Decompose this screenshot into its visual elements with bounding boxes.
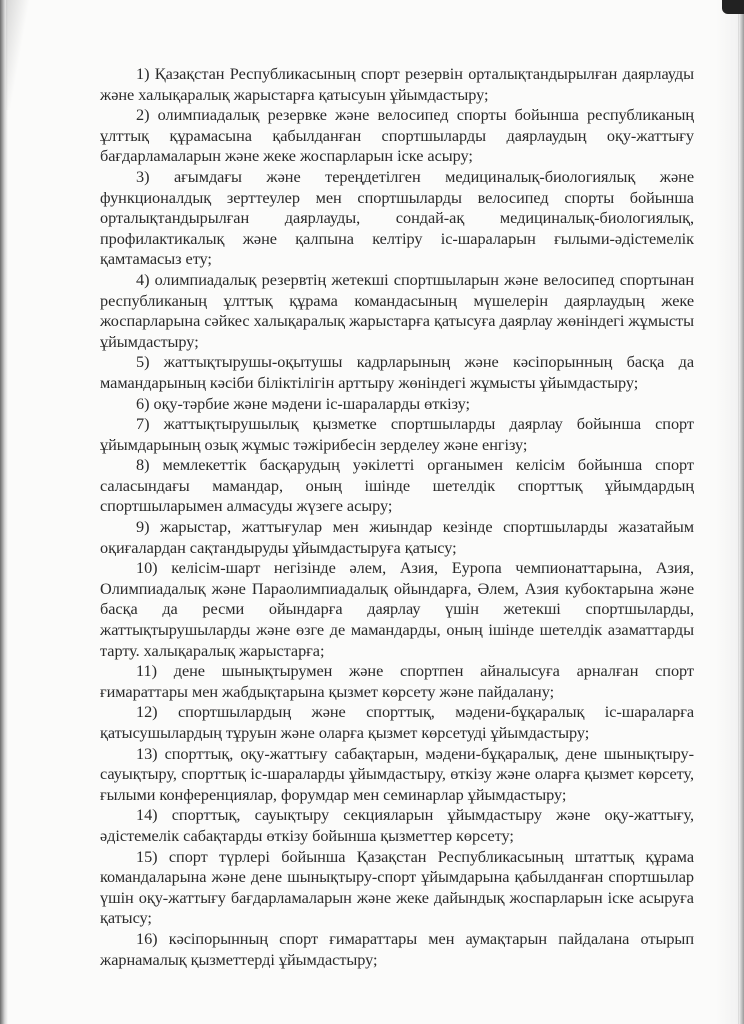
scan-paper-fold xyxy=(6,0,46,110)
list-item-7: 7) жаттықтырушылық қызметке спортшыларды… xyxy=(100,414,694,455)
list-item-8: 8) мемлекеттік басқарудың уәкілетті орга… xyxy=(100,455,694,517)
scan-right-margin-strip xyxy=(716,0,739,1024)
scan-right-edge-shadow xyxy=(739,0,744,1024)
list-item-13: 13) спорттық, оқу-жаттығу сабақтарын, мә… xyxy=(100,744,694,806)
list-item-9: 9) жарыстар, жаттығулар мен жиындар кезі… xyxy=(100,517,694,558)
list-item-6: 6) оқу-тәрбие және мәдени іс-шараларды ө… xyxy=(100,394,694,415)
list-item-3: 3) ағымдағы және тереңдетілген медицинал… xyxy=(100,167,694,270)
list-item-15: 15) спорт түрлері бойынша Қазақстан Респ… xyxy=(100,847,694,929)
list-item-11: 11) дене шынықтырумен және спортпен айна… xyxy=(100,661,694,702)
list-item-5: 5) жаттықтырушы-оқытушы кадрларының және… xyxy=(100,352,694,393)
list-item-16: 16) кәсіпорынның спорт ғимараттары мен а… xyxy=(100,929,694,970)
list-item-1: 1) Қазақстан Республикасының спорт резер… xyxy=(100,64,694,105)
list-item-4: 4) олимпиадалық резервтің жетекші спортш… xyxy=(100,270,694,352)
list-item-2: 2) олимпиадалық резервке және велосипед … xyxy=(100,105,694,167)
list-item-14: 14) спорттық, сауықтыру секцияларын ұйым… xyxy=(100,805,694,846)
list-item-10: 10) келісім-шарт негізінде әлем, Азия, Е… xyxy=(100,558,694,661)
document-page: 1) Қазақстан Республикасының спорт резер… xyxy=(100,64,694,970)
list-item-12: 12) спортшылардың және спорттық, мәдени-… xyxy=(100,702,694,743)
scan-left-edge-shadow xyxy=(0,0,8,1024)
scan-top-corner-artifact xyxy=(722,0,744,14)
